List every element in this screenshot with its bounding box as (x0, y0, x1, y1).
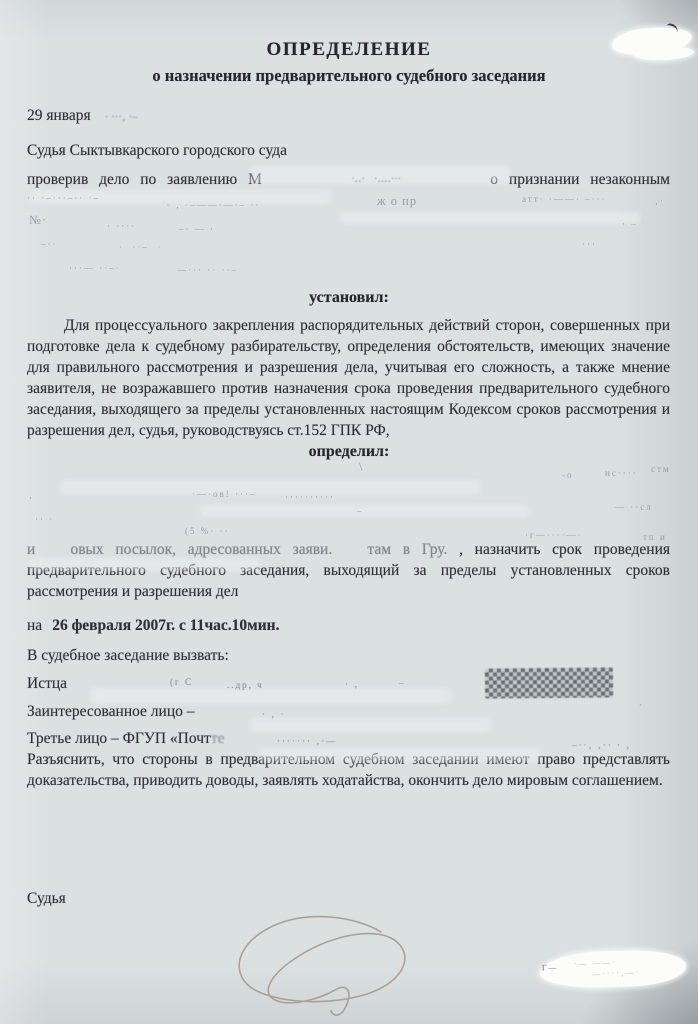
section-heading-decided: определил: (28, 441, 670, 462)
text-fragment: ·—·ов! ···– (192, 489, 256, 499)
faded-third-party-remnant: те (211, 730, 225, 747)
faded-name-remnant: ·‥· ·‥‥··· (351, 169, 401, 190)
text-fragment: Г— (542, 963, 559, 973)
plaintiff-label: Истца (27, 675, 67, 692)
hearing-datetime: 26 февраля 2007г. с 11час.10мин. (52, 617, 279, 634)
text-fragment: ..др, ч (227, 680, 264, 690)
text-fragment: ·· ·–···–·· ·– (27, 193, 100, 203)
mosaic-redaction (485, 667, 613, 698)
text-fragment: ‚ (29, 490, 34, 500)
text-fragment: ·········· (285, 492, 335, 502)
text-fragment: (г С (170, 677, 193, 687)
text-fragment: (5 %· ·· (185, 526, 230, 536)
text-fragment: ᵕ ‚ ·–——·—·– ·· (167, 200, 260, 210)
order-paragraph: и овых посылок, адресованных заяви. там … (27, 539, 670, 602)
text-fragment: ······· ‚·— (277, 736, 337, 746)
text-fragment: стм (651, 464, 671, 474)
text-fragment: атт· ·——· –··· (522, 194, 607, 204)
text-fragment: нс···· (605, 468, 638, 478)
section-heading-established: установил: (28, 287, 670, 308)
document-subtitle: о назначении предварительного судебного … (28, 65, 670, 87)
established-paragraph: Для процессуального закрепления распоряд… (27, 315, 670, 441)
text-fragment: ···— ··–· (69, 263, 121, 273)
text-fragment: \ (359, 462, 363, 472)
signature-scribble (195, 898, 445, 1023)
redacted-zone-order-details: \ -о нс···· стм ·—·ов! ···– ·········· ‚… (27, 462, 670, 539)
review-right-text: о признании незаконным (490, 169, 670, 190)
hearing-prefix: на (27, 617, 42, 634)
faded-order-lead: и овых посылок, адресованных заяви. там … (27, 541, 447, 558)
third-party-label: Третье лицо – ФГУП «Почт (27, 730, 211, 747)
text-fragment: · ‚ (345, 679, 359, 689)
text-fragment: —····‚—· (592, 968, 640, 979)
text-fragment: — ··сл (615, 502, 653, 512)
rights-paragraph: Разъяснить, что стороны в предварительно… (27, 749, 670, 791)
text-fragment: ´ (639, 703, 644, 713)
text-fragment: №· (29, 215, 47, 225)
text-fragment: ж о пр (377, 196, 417, 206)
hearing-date-line: на26 февраля 2007г. с 11час.10мин. (27, 615, 670, 636)
redacted-zone-claim-details: ·· ·–···–·· ·– ᵕ ‚ ·–——·—·– ·· ж о пр ат… (27, 190, 670, 285)
text-fragment: ··· (582, 239, 597, 249)
document-title: ОПРЕДЕЛЕНИЕ (28, 38, 670, 62)
text-fragment: –· — · (179, 224, 215, 234)
text-fragment: –·· (41, 239, 58, 249)
text-fragment: ‚· (655, 196, 665, 206)
interested-party-line: Заинтересованное лицо – · ‚ · ´ (27, 701, 670, 722)
date-line: 29 января · ···‚ ·– (27, 105, 670, 128)
text-fragment: – (357, 506, 364, 516)
plaintiff-line: Истца (г С ..др, ч · ‚ – (27, 673, 670, 694)
case-review-line: проверив дело по заявлению М ·‥· ·‥‥··· … (27, 169, 670, 190)
text-fragment: -о (562, 470, 574, 480)
text-fragment: · ···· (107, 221, 136, 231)
text-fragment: · – (622, 219, 638, 229)
summon-heading: В судебное заседание вызвать: (27, 645, 670, 666)
text-fragment: · ‚ · (262, 709, 286, 719)
text-fragment: – (399, 678, 406, 688)
text-fragment: ·· · (35, 514, 54, 524)
text-fragment: · ··– · (119, 242, 163, 252)
review-left-text: проверив дело по заявлению М (27, 169, 262, 190)
third-party-line: Третье лицо – ФГУП «Почтте ······· ‚·— –… (27, 728, 670, 749)
judge-intro-line: Судья Сыктывкарского городского суда (27, 140, 670, 161)
text-fragment: —··· ·· ··– (177, 265, 238, 275)
date-text: 29 января (27, 107, 91, 124)
interested-party-label: Заинтересованное лицо – (27, 703, 195, 720)
scanned-court-document: ОПРЕДЕЛЕНИЕ о назначении предварительног… (0, 0, 698, 1024)
faded-date-remnant: · ···‚ ·– (105, 111, 138, 123)
text-fragment: ·г—····—· (525, 530, 583, 540)
text-fragment: ·— ——· (574, 958, 618, 969)
text-fragment: –··‚ ‚·· · ‚ (572, 740, 631, 750)
text-fragment: тп и (643, 532, 667, 542)
whiteout-patch: Г— ·— ——· —····‚—· (539, 948, 686, 989)
